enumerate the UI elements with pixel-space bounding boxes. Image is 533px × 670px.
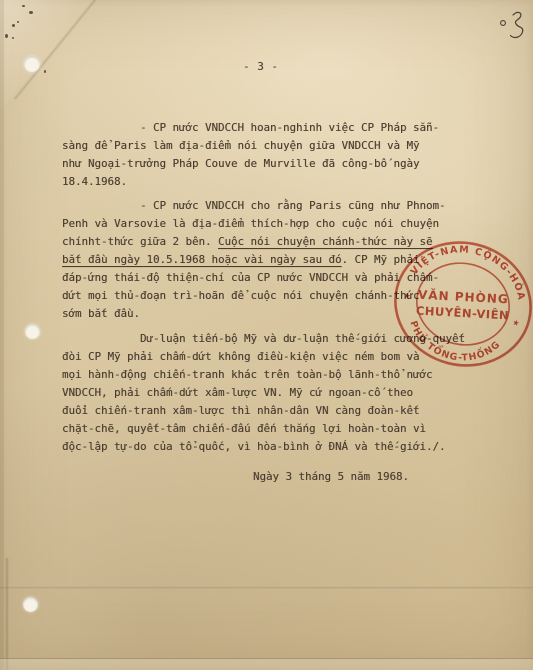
underlined-text: bắt đầu ngày 10.5.1968 hoặc vài ngày sau… [62, 253, 342, 266]
text-run: như Ngoại-trưởng Pháp Couve de Murville … [62, 157, 420, 170]
text-line: độc-lập tự-do của tổ-quốc, vì hòa-bình ở… [62, 438, 502, 456]
page-number: - 3 - [243, 60, 279, 73]
text-run: chínht-thức giữa 2 bên. [62, 235, 218, 248]
text-run: sớm bắt đầu. [62, 307, 140, 320]
hole-punch [23, 597, 38, 612]
text-line: - CP nước VNDCCH hoan-nghinh việc CP Phá… [62, 119, 502, 137]
hole-punch [24, 56, 40, 72]
text-run: - CP nước VNDCCH hoan-nghinh việc CP Phá… [62, 121, 439, 134]
text-run: đáp-ứng thái-độ thiện-chí của CP nước VN… [62, 271, 439, 284]
text-run: VNDCCH, phải chấm-dứt xâm-lược VN. Mỹ cứ… [62, 386, 413, 399]
text-line: chặt-chẽ, quyết-tâm chiến-đấu đến thắng … [62, 420, 502, 438]
text-run: đòi CP Mỹ phải chấm-dứt không điều-kiện … [62, 350, 420, 363]
staple-speck [22, 5, 25, 7]
text-run: mọi hành-động chiến-tranh khác trên toàn… [62, 368, 433, 381]
vertical-fold-crease [6, 558, 8, 670]
text-line: - CP nước VNDCCH cho rằng Paris cũng như… [62, 197, 502, 215]
staple-speck [12, 37, 14, 39]
staple-speck [44, 70, 46, 73]
text-run: dứt mọi thủ-đoạn trì-hoãn để cuộc nói ch… [62, 289, 420, 302]
hole-punch [25, 324, 40, 339]
text-run: - CP nước VNDCCH cho rằng Paris cũng như… [62, 199, 446, 212]
text-run: 18.4.1968. [62, 175, 127, 188]
paragraph: - CP nước VNDCCH hoan-nghinh việc CP Phá… [62, 119, 502, 191]
scanned-document-page: - 3 - - CP nước VNDCCH hoan-nghinh việc … [0, 0, 533, 670]
handwritten-paraph-icon [496, 8, 530, 46]
official-round-stamp: VIỆT-NAM CỘNG-HÒA PHỦ TỔNG-THỐNG ★ ★ VĂN… [388, 228, 533, 380]
staple-speck [5, 34, 8, 38]
text-run: sàng để Paris làm địa-điểm nói chuyện gi… [62, 139, 420, 152]
date-line: Ngày 3 tháng 5 năm 1968. [253, 470, 409, 483]
text-line: VNDCCH, phải chấm-dứt xâm-lược VN. Mỹ cứ… [62, 384, 502, 402]
staple-speck [29, 11, 33, 14]
text-line: 18.4.1968. [62, 173, 502, 191]
page-bottom-edge [0, 658, 533, 670]
text-line: đuổi chiến-tranh xâm-lược thì nhân-dân V… [62, 402, 502, 420]
text-run: đuổi chiến-tranh xâm-lược thì nhân-dân V… [62, 404, 420, 417]
text-line: sàng để Paris làm địa-điểm nói chuyện gi… [62, 137, 502, 155]
text-run: chặt-chẽ, quyết-tâm chiến-đấu đến thắng … [62, 422, 426, 435]
staple-speck [12, 24, 15, 27]
text-run: độc-lập tự-do của tổ-quốc, vì hòa-bình ở… [62, 440, 446, 453]
text-line: như Ngoại-trưởng Pháp Couve de Murville … [62, 155, 502, 173]
text-run: Penh và Varsovie là địa-điểm thích-hợp c… [62, 217, 439, 230]
stamp-star-right-icon: ★ [511, 318, 520, 328]
folded-corner [0, 0, 92, 112]
horizontal-fold-crease [0, 586, 533, 589]
stamp-star-left-icon: ★ [403, 291, 412, 301]
staple-speck [17, 21, 19, 23]
page-left-edge-shadow [0, 0, 4, 670]
